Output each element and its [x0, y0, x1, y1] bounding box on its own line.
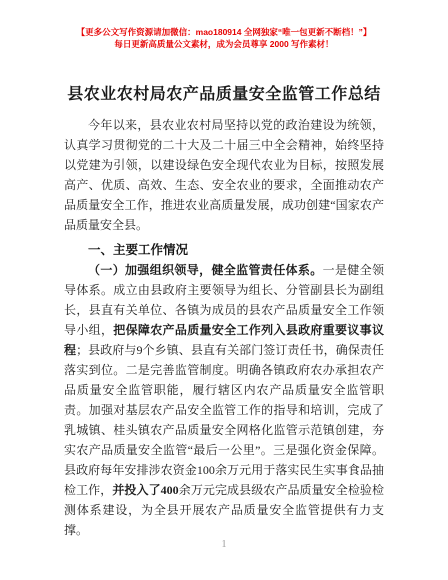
text-segment: （一）加强组织领导，健全监管责任体系。	[88, 263, 323, 277]
text-segment: 并投入了400	[112, 483, 178, 497]
paragraph: （一）加强组织领导，健全监管责任体系。一是健全领导体系。成立由县政府主要领导为组…	[64, 260, 384, 540]
document-page: 【更多公文写作资源请加微信：mao180914 全网独家“唯一包更新不断档！”】…	[0, 0, 448, 580]
promo-notice: 【更多公文写作资源请加微信：mao180914 全网独家“唯一包更新不断档！”】…	[64, 26, 384, 50]
document-title: 县农业农村局农产品质量安全监管工作总结	[64, 84, 384, 106]
promo-line-2: 每日更新高质量公文素材，成为会员尊享 2000 写作素材！	[64, 38, 384, 50]
text-segment: 一、主要工作情况	[88, 243, 188, 257]
section-heading: 一、主要工作情况	[64, 240, 384, 260]
page-number: 1	[0, 538, 448, 552]
text-segment: 今年以来，县农业农村局坚持以党的政治建设为统领，认真学习贯彻党的二十大及二十届三…	[64, 118, 384, 232]
text-segment: ；县政府与9个乡镇、县直有关部门签订责任书，确保责任落实到位。二是完善监管制度。…	[64, 343, 384, 497]
promo-line-1: 【更多公文写作资源请加微信：mao180914 全网独家“唯一包更新不断档！”】	[64, 26, 384, 38]
document-body: 今年以来，县农业农村局坚持以党的政治建设为统领，认真学习贯彻党的二十大及二十届三…	[64, 115, 384, 540]
paragraph: 今年以来，县农业农村局坚持以党的政治建设为统领，认真学习贯彻党的二十大及二十届三…	[64, 115, 384, 235]
